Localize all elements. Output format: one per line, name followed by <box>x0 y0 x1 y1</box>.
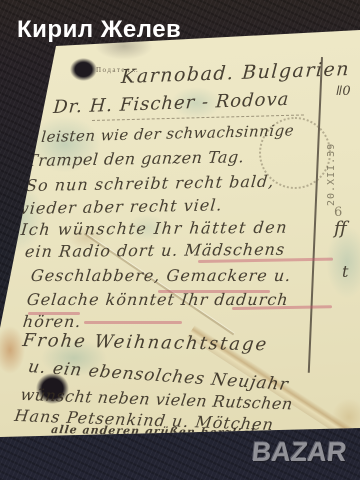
handwriting-line: leisten wie der schwachsinnige <box>41 121 295 146</box>
marketplace-logo: BAZAR <box>250 437 348 468</box>
pink-underline <box>84 321 182 324</box>
ink-mark-top-right: ǁ0 <box>336 84 351 99</box>
handwriting-line: Dr. H. Fischer - Rodova <box>53 89 291 118</box>
postmark-date: 20.XII.39 <box>326 138 342 206</box>
handwriting-line: ein Radio dort u. Mädschens <box>24 240 286 261</box>
postcard-divider-line <box>308 57 323 373</box>
handwriting-line: wieder aber recht viel. <box>14 195 223 218</box>
punch-hole-top <box>70 58 97 81</box>
handwriting-line: So nun schreibt recht bald, <box>25 172 275 195</box>
handwriting-line: Frohe Weihnachtstage <box>21 330 269 355</box>
postcard-photo: Подател… 20.XII.39 6 Karnobad. Bulgarien… <box>0 0 360 480</box>
handwriting-line: Trampel den ganzen Tag. <box>26 147 245 170</box>
ink-fragment: t <box>342 262 348 281</box>
handwriting-line: Geschlabbere, Gemackere u. <box>30 266 292 285</box>
seller-watermark-text: Кирил Желев <box>17 16 181 44</box>
handwriting-line: Gelache könntet Ihr dadurch <box>26 290 290 309</box>
handwriting-line: hören. <box>22 312 82 331</box>
ink-fragment: ff <box>334 218 347 239</box>
handwriting-line: Karnobad. Bulgarien <box>120 58 350 88</box>
handwriting-line: Ich wünschte Ihr hättet den <box>20 218 289 239</box>
